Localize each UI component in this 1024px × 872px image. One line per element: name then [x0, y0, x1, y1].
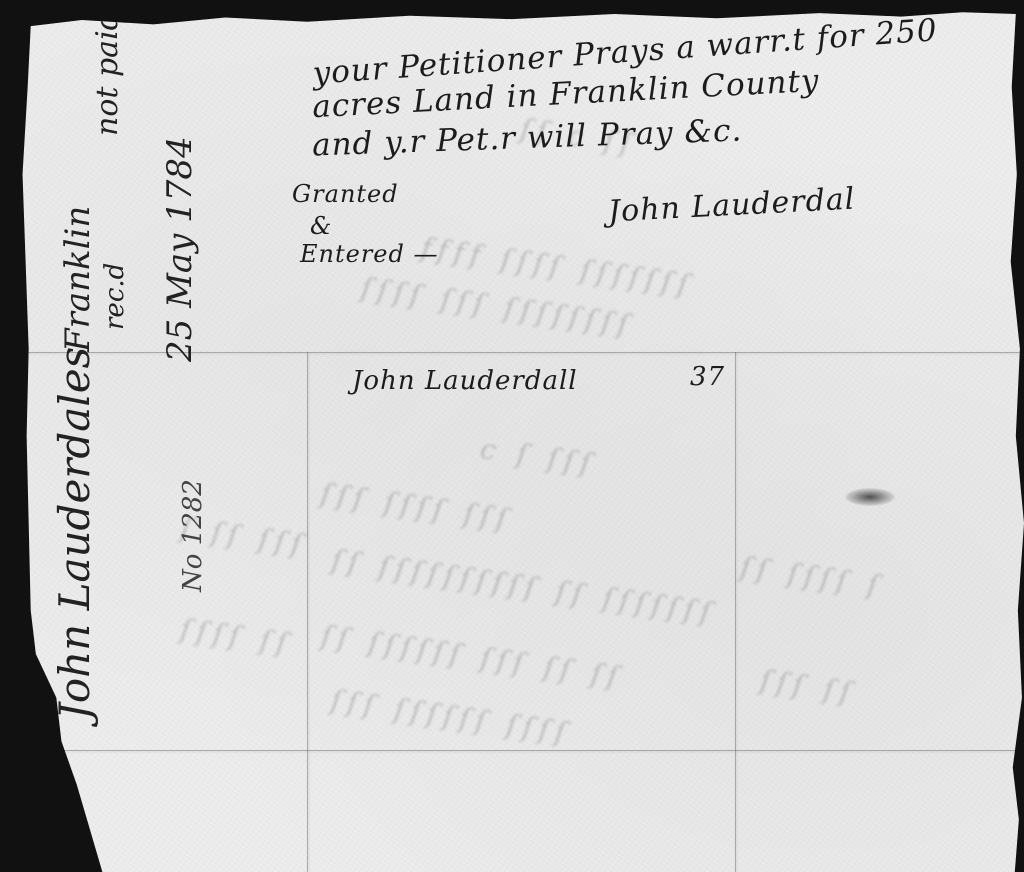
bleed-through-text: ſſſ ſſſſſſ ſſſſ — [329, 683, 574, 749]
docket-status: not paid — [90, 11, 125, 136]
bleed-through-text: c ſ ſſſ — [478, 432, 598, 481]
docket-county: Franklin — [58, 206, 98, 352]
middle-panel-number: 37 — [690, 362, 725, 392]
endorsement-entered: Entered — — [300, 240, 439, 268]
fold-line-horizontal-lower — [0, 750, 1024, 751]
docket-date: 25 May 1784 — [160, 136, 200, 362]
bleed-through-text: ſſſ ſſ — [758, 663, 858, 709]
bleed-through-text: ſſſſ ſſ — [178, 612, 295, 660]
fold-line-vertical-left — [307, 352, 308, 872]
fold-line-vertical-right — [735, 352, 736, 872]
fold-line-horizontal-upper — [0, 352, 1024, 353]
endorsement-granted: Granted — [292, 180, 399, 208]
bleed-through-text: ſſ ſſſſſſ ſſſ ſſ ſſ — [319, 619, 626, 694]
document-paper: ſſ c ſſ ffff ſſſſ ſſſſſſſ ſſſſ ſſſ ſſſſſ… — [0, 0, 1024, 872]
docket-name: John Lauderdales — [50, 347, 99, 720]
docket-number: No 1282 — [178, 479, 208, 592]
bleed-through-text: ſſſ ſſſſ ſſſ — [319, 477, 515, 537]
bleed-through-text: ſſ ſſſſſſſſſſ ſſ ſſſſſſſ — [330, 543, 719, 630]
petitioner-signature: John Lauderdal — [607, 182, 856, 230]
docket-received: rec.d — [100, 263, 130, 330]
bleed-through-text: ſſ ſſſſ ſ — [738, 550, 886, 603]
middle-panel-name: John Lauderdall — [352, 366, 578, 396]
ink-smudge — [845, 488, 895, 506]
endorsement-ampersand: & — [310, 212, 332, 240]
